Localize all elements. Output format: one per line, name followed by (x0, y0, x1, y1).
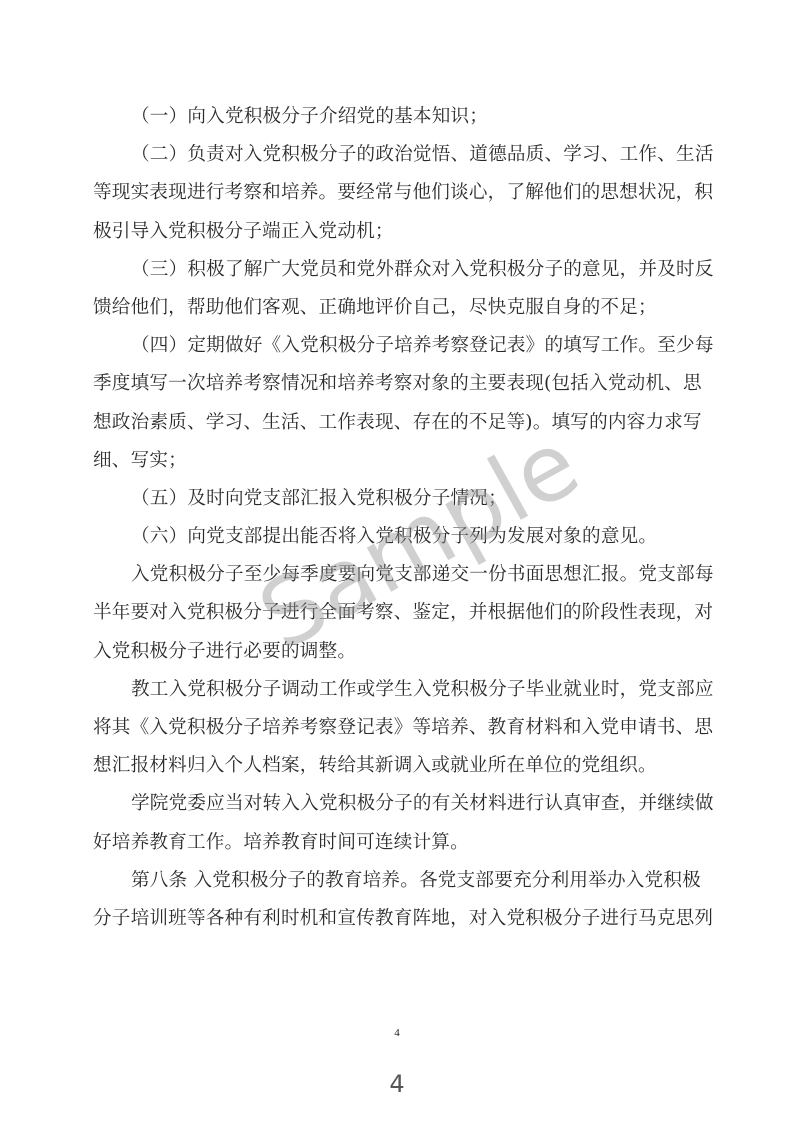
text-line: 第八条 入党积极分子的教育培养。各党支部要充分利用举办入党积极 (93, 862, 699, 900)
text-line: （三）积极了解广大党员和党外群众对入党积极分子的意见，并及时反 (93, 251, 699, 289)
page-number-label: 4 (0, 1070, 794, 1098)
text-line: 学院党委应当对转入入党积极分子的有关材料进行认真审查，并继续做 (93, 785, 699, 823)
document-page: （一）向入党积极分子介绍党的基本知识； （二）负责对入党积极分子的政治觉悟、道德… (0, 0, 794, 1122)
text-line: 等现实表现进行考察和培养。要经常与他们谈心，了解他们的思想状况，积 (93, 174, 699, 212)
text-line: 将其《入党积极分子培养考察登记表》等培养、教育材料和入党申请书、思 (93, 709, 699, 747)
text-line: 入党积极分子进行必要的调整。 (93, 633, 699, 671)
text-line: 教工入党积极分子调动工作或学生入党积极分子毕业就业时，党支部应 (93, 671, 699, 709)
text-line: （二）负责对入党积极分子的政治觉悟、道德品质、学习、工作、生活 (93, 136, 699, 174)
text-line: 极引导入党积极分子端正入党动机； (93, 213, 699, 251)
text-line: 好培养教育工作。培养教育时间可连续计算。 (93, 824, 699, 862)
text-line: 季度填写一次培养考察情况和培养考察对象的主要表现(包括入党动机、思 (93, 365, 699, 403)
text-line: 想政治素质、学习、生活、工作表现、存在的不足等)。填写的内容力求写 (93, 404, 699, 442)
text-line: 入党积极分子至少每季度要向党支部递交一份书面思想汇报。党支部每 (93, 556, 699, 594)
text-line: 细、写实； (93, 442, 699, 480)
text-line: （六）向党支部提出能否将入党积极分子列为发展对象的意见。 (93, 518, 699, 556)
page-number-footer: 4 (0, 1027, 794, 1039)
text-line: 想汇报材料归入个人档案，转给其新调入或就业所在单位的党组织。 (93, 747, 699, 785)
text-line: （一）向入党积极分子介绍党的基本知识； (93, 98, 699, 136)
text-line: 分子培训班等各种有利时机和宣传教育阵地，对入党积极分子进行马克思列 (93, 900, 699, 938)
text-line: （五）及时向党支部汇报入党积极分子情况； (93, 480, 699, 518)
text-line: 馈给他们，帮助他们客观、正确地评价自己，尽快克服自身的不足； (93, 289, 699, 327)
text-line: （四）定期做好《入党积极分子培养考察登记表》的填写工作。至少每 (93, 327, 699, 365)
text-line: 半年要对入党积极分子进行全面考察、鉴定，并根据他们的阶段性表现，对 (93, 594, 699, 632)
document-body: （一）向入党积极分子介绍党的基本知识； （二）负责对入党积极分子的政治觉悟、道德… (93, 98, 699, 938)
